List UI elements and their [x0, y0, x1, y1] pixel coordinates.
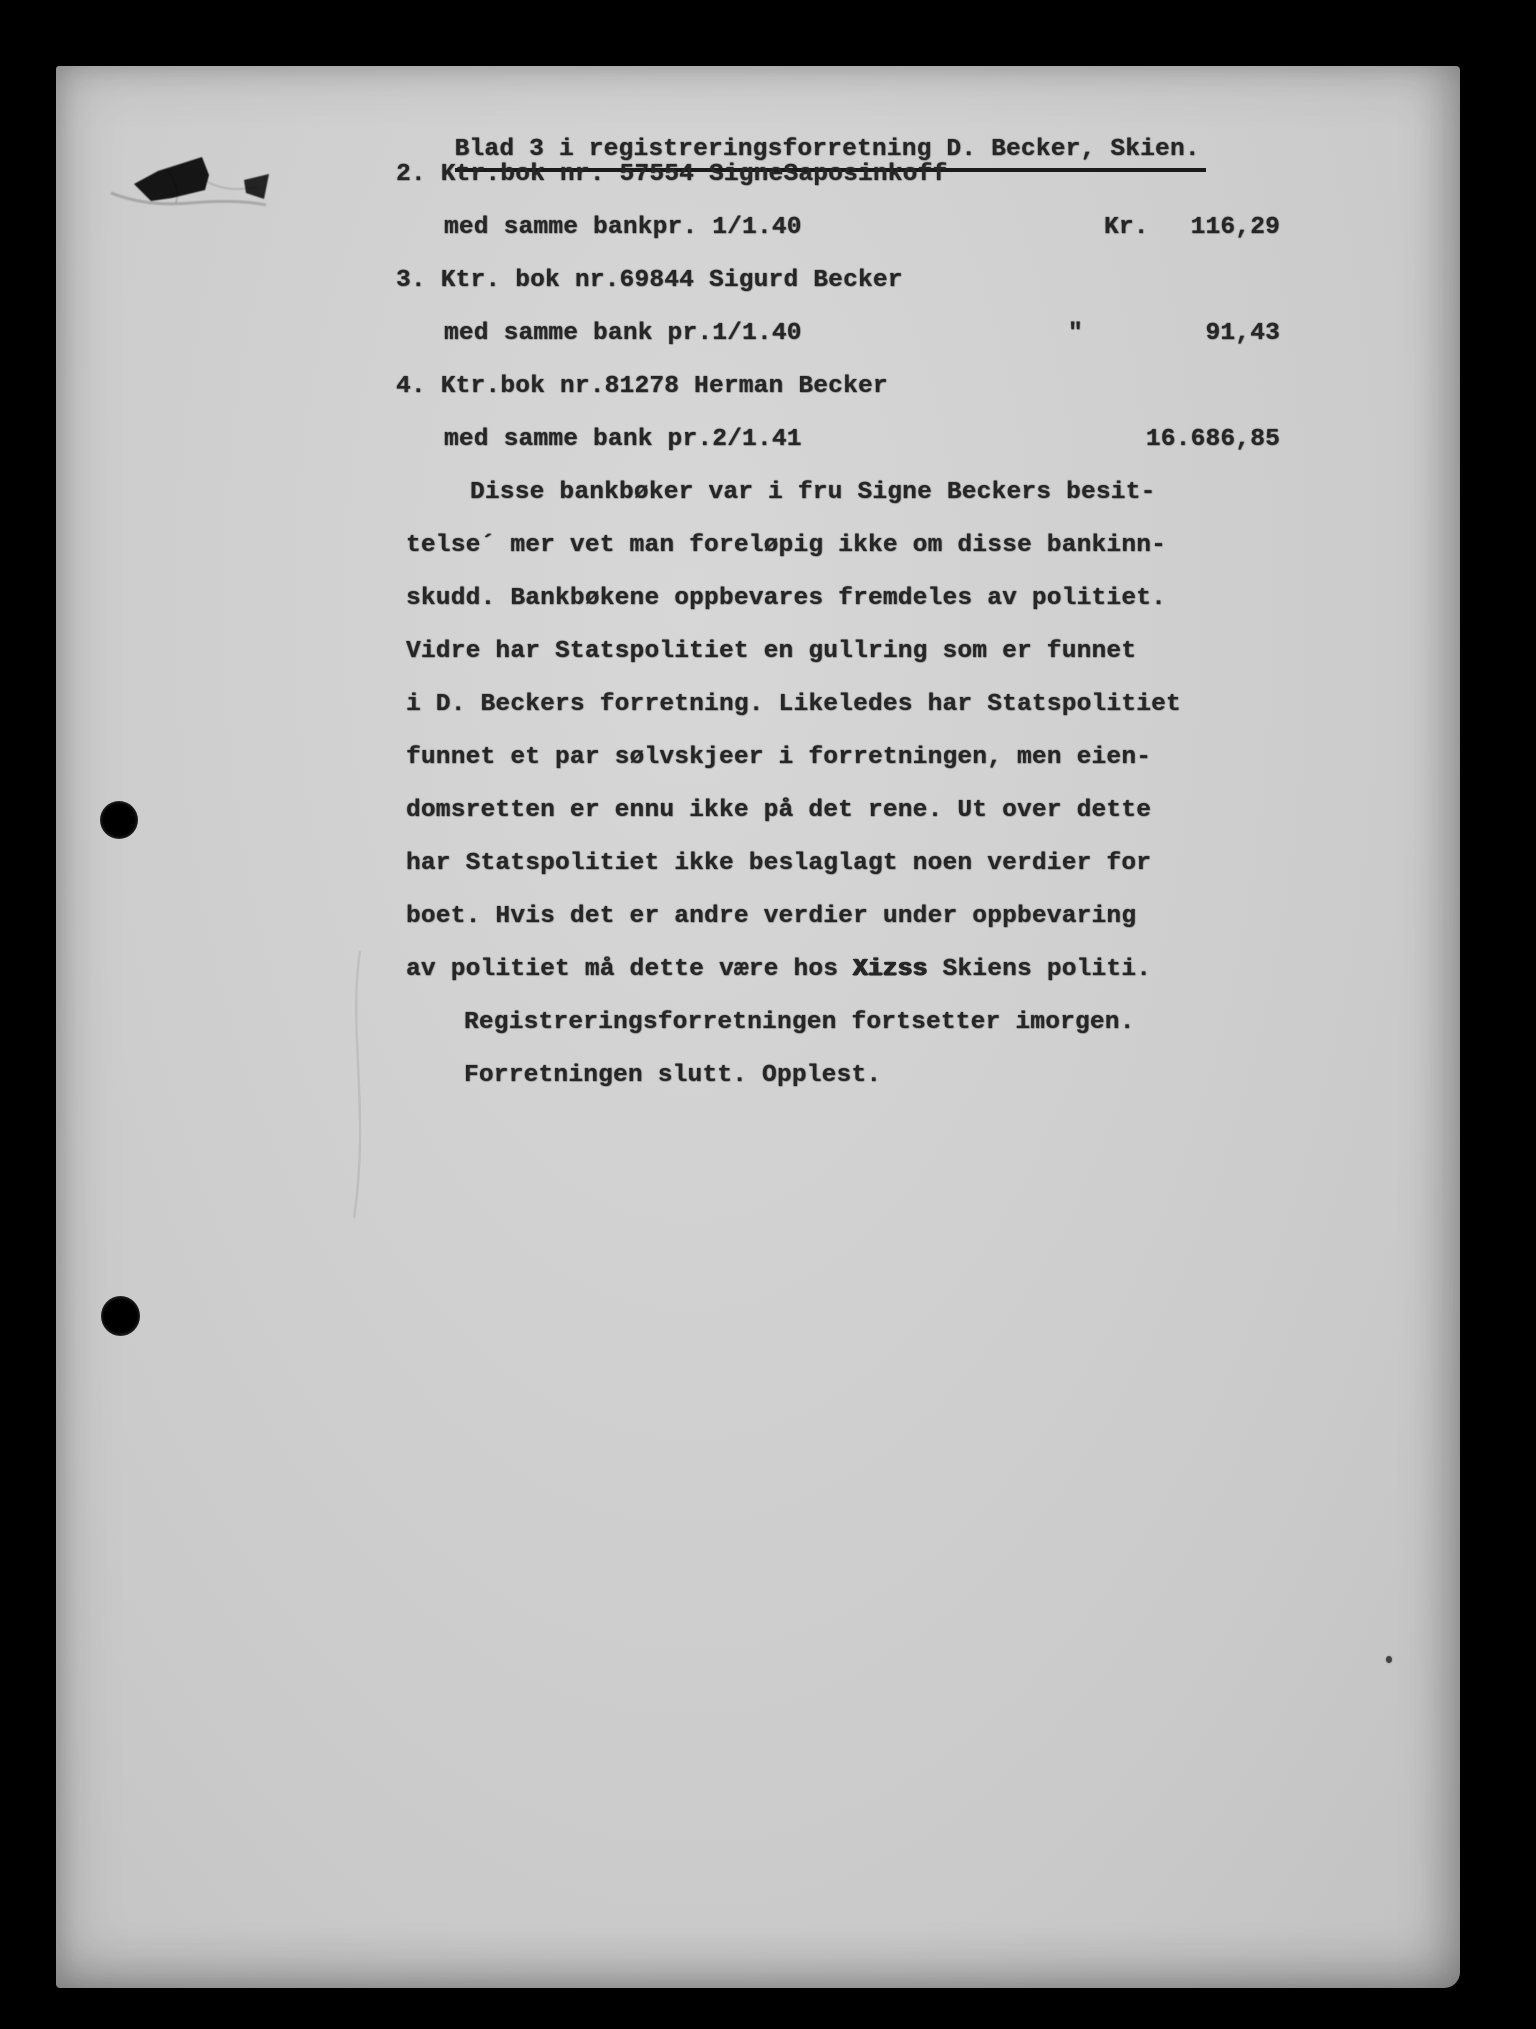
paragraph-line: skudd. Bankbøkene oppbevares fremdeles a… [406, 585, 1166, 613]
entry-3-amount: 91,43 [1116, 320, 1280, 348]
paper-crease [346, 946, 386, 1226]
strikeout-after-text: Skiens politi. [928, 956, 1152, 983]
paragraph-line: i D. Beckers forretning. Likeledes har S… [406, 691, 1181, 719]
punch-hole-top [100, 801, 138, 839]
paragraph-line: telse´ mer vet man foreløpig ikke om dis… [406, 532, 1166, 560]
punch-hole-bottom [101, 1296, 140, 1336]
entry-4-line-1: 4. Ktr.bok nr.81278 Herman Becker [396, 373, 888, 401]
scan-background: { "page": { "background": "#000000", "pa… [0, 0, 1536, 2029]
paragraph-line: boet. Hvis det er andre verdier under op… [406, 903, 1136, 931]
paragraph-line: funnet et par sølvskjeer i forretningen,… [406, 744, 1151, 772]
entry-4-amount: 16.686,85 [1116, 426, 1280, 454]
strikeout-before-text: av politiet må dette være hos [406, 956, 853, 983]
entry-4-line-2: med samme bank pr.2/1.41 [444, 426, 802, 454]
paragraph-line: har Statspolitiet ikke beslaglagt noen v… [406, 850, 1151, 878]
entry-2-amount: 116,29 [1116, 214, 1280, 242]
paper-speck [1386, 1656, 1392, 1663]
entry-3-currency: " [1068, 320, 1083, 348]
paragraph-line-with-strikeout: av politiet må dette være hos Xizss Skie… [406, 956, 1151, 984]
entry-2-line-1: 2. Ktr.bok nr. 57554 SigneSaposinkoff [396, 161, 947, 189]
paragraph-line: Disse bankbøker var i fru Signe Beckers … [470, 479, 1156, 507]
closing-line: Registreringsforretningen fortsetter imo… [464, 1009, 1135, 1037]
entry-3-line-1: 3. Ktr. bok nr.69844 Sigurd Becker [396, 267, 903, 295]
overstruck-word: Xizss [853, 956, 928, 983]
paragraph-line: domsretten er ennu ikke på det rene. Ut … [406, 797, 1151, 825]
entry-3-line-2: med samme bank pr.1/1.40 [444, 320, 802, 348]
closing-line: Forretningen slutt. Opplest. [464, 1062, 881, 1090]
paragraph-line: Vidre har Statspolitiet en gullring som … [406, 638, 1136, 666]
handwritten-ink-mark [106, 141, 326, 221]
scanned-page: Blad 3 i registreringsforretning D. Beck… [56, 66, 1460, 1988]
entry-2-line-2: med samme bankpr. 1/1.40 [444, 214, 802, 242]
